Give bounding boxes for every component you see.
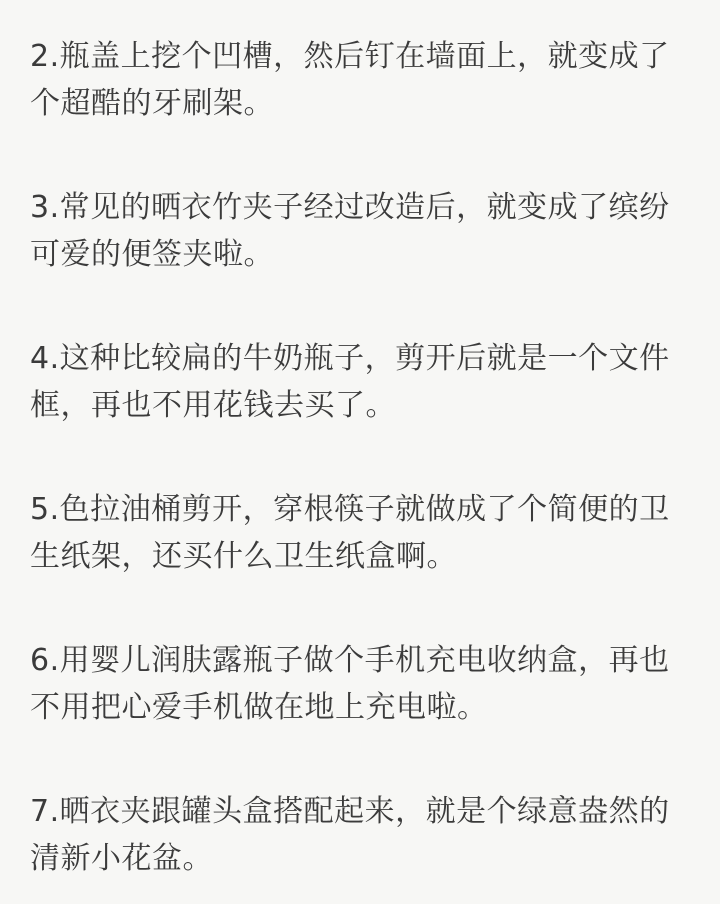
tip-item-4: 4.这种比较扁的牛奶瓶子，剪开后就是一个文件框，再也不用花钱去买了。 [30, 335, 692, 429]
tip-item-5: 5.色拉油桶剪开，穿根筷子就做成了个简便的卫生纸架，还买什么卫生纸盒啊。 [30, 486, 692, 580]
article-page: 2.瓶盖上挖个凹槽，然后钉在墙面上，就变成了个超酷的牙刷架。 3.常见的晒衣竹夹… [0, 0, 720, 904]
tip-item-7: 7.晒衣夹跟罐头盒搭配起来，就是个绿意盎然的清新小花盆。 [30, 788, 692, 882]
tip-item-2: 2.瓶盖上挖个凹槽，然后钉在墙面上，就变成了个超酷的牙刷架。 [30, 33, 692, 127]
tip-item-3: 3.常见的晒衣竹夹子经过改造后，就变成了缤纷可爱的便签夹啦。 [30, 184, 692, 278]
tip-item-6: 6.用婴儿润肤露瓶子做个手机充电收纳盒，再也不用把心爱手机做在地上充电啦。 [30, 637, 692, 731]
